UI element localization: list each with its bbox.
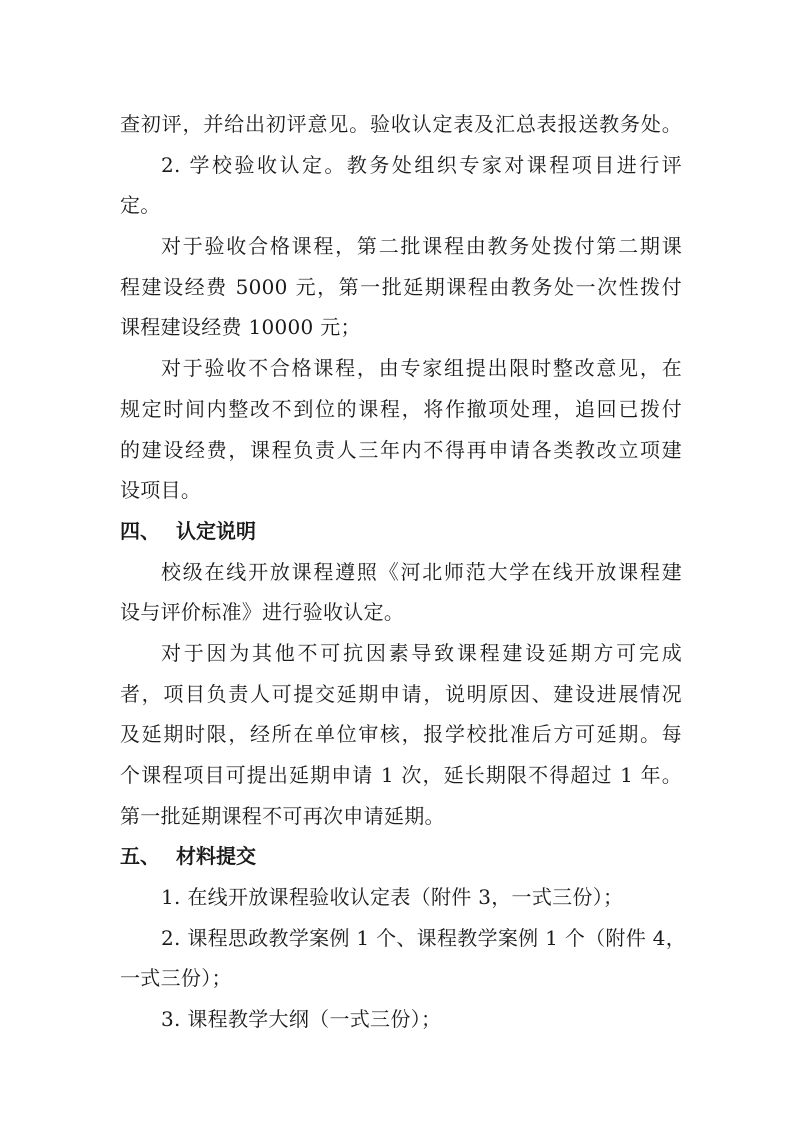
paragraph-line: 对于验收合格课程，第二批课程由教务处拨付第二期课 <box>120 226 682 267</box>
paragraph-line: 及延期时限，经所在单位审核，报学校批准后方可延期。每 <box>120 714 682 755</box>
list-item: 1. 在线开放课程验收认定表（附件 3，一式三份）； <box>120 877 682 918</box>
paragraph-line: 规定时间内整改不到位的课程，将作撤项处理，追回已拨付 <box>120 389 682 430</box>
paragraph-line: 查初评，并给出初评意见。验收认定表及汇总表报送教务处。 <box>120 104 682 145</box>
section-heading-4: 四、认定说明 <box>120 511 682 552</box>
paragraph-line: 对于验收不合格课程，由专家组提出限时整改意见，在 <box>120 348 682 389</box>
section-heading-5: 五、材料提交 <box>120 836 682 877</box>
paragraph-line: 校级在线开放课程遵照《河北师范大学在线开放课程建 <box>120 552 682 593</box>
list-item: 2. 课程思政教学案例 1 个、课程教学案例 1 个（附件 4， <box>120 918 682 959</box>
paragraph-line: 个课程项目可提出延期申请 1 次，延长期限不得超过 1 年。 <box>120 755 682 796</box>
list-item: 3. 课程教学大纲（一式三份）； <box>120 999 682 1040</box>
paragraph-line: 课程建设经费 10000 元； <box>120 307 682 348</box>
paragraph-line: 设与评价标准》进行验收认定。 <box>120 592 682 633</box>
paragraph-line: 第一批延期课程不可再次申请延期。 <box>120 796 682 837</box>
paragraph-line: 对于因为其他不可抗因素导致课程建设延期方可完成 <box>120 633 682 674</box>
paragraph-line: 设项目。 <box>120 470 682 511</box>
paragraph-line: 2. 学校验收认定。教务处组织专家对课程项目进行评 <box>120 145 682 186</box>
document-page: 查初评，并给出初评意见。验收认定表及汇总表报送教务处。 2. 学校验收认定。教务… <box>120 104 682 1040</box>
paragraph-line: 程建设经费 5000 元，第一批延期课程由教务处一次性拨付 <box>120 267 682 308</box>
section-title: 认定说明 <box>176 519 256 543</box>
paragraph-line: 的建设经费，课程负责人三年内不得再申请各类教改立项建 <box>120 430 682 471</box>
section-number: 五、 <box>120 836 176 877</box>
section-number: 四、 <box>120 511 176 552</box>
paragraph-line: 定。 <box>120 185 682 226</box>
section-title: 材料提交 <box>176 844 256 868</box>
list-item: 一式三份）； <box>120 958 682 999</box>
paragraph-line: 者，项目负责人可提交延期申请，说明原因、建设进展情况 <box>120 674 682 715</box>
